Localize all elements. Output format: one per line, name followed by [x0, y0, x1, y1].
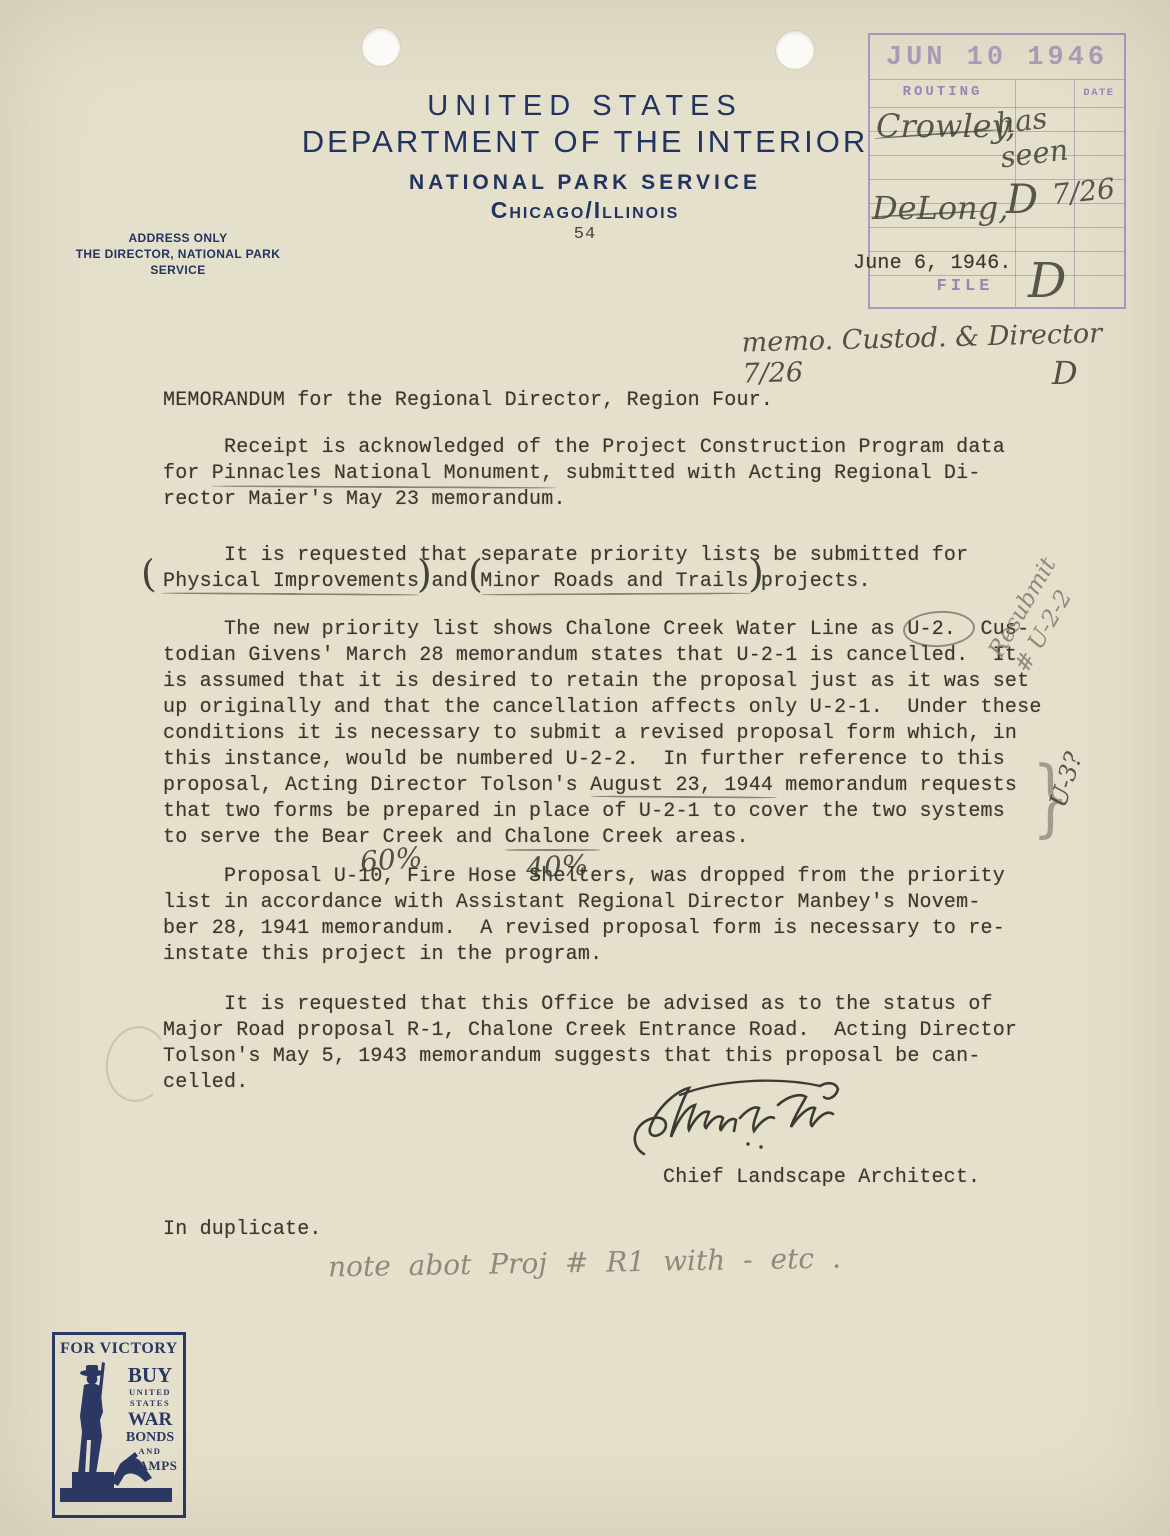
- handwriting-bottom-note: note abot Proj # R1 with - etc .: [328, 1242, 841, 1284]
- body-line: Physical Improvements and Minor Roads an…: [163, 569, 968, 595]
- body-line: Major Road proposal R-1, Chalone Creek E…: [163, 1018, 1017, 1044]
- address-only-line2: THE DIRECTOR, NATIONAL PARK SERVICE: [48, 246, 308, 278]
- handwriting-initial-d: D: [1006, 177, 1038, 223]
- memo-salutation: MEMORANDUM for the Regional Director, Re…: [163, 388, 773, 414]
- handwriting-has-seen: has seen: [994, 92, 1127, 175]
- body-line: is assumed that it is desired to retain …: [163, 669, 1042, 695]
- body-line: conditions it is necessary to submit a r…: [163, 721, 1042, 747]
- underline-minor-roads-trails: [481, 592, 751, 595]
- war-stamp-header: FOR VICTORY: [55, 1340, 183, 1358]
- memo-salutation-line: MEMORANDUM for the Regional Director, Re…: [163, 388, 773, 414]
- war-stamp-buy: BUY: [120, 1364, 180, 1387]
- war-stamp-text-column: BUY UNITED STATES WAR BONDS AND STAMPS: [120, 1364, 180, 1474]
- body-line: ber 28, 1941 memorandum. A revised propo…: [163, 916, 1005, 942]
- paragraph-2: It is requested that separate priority l…: [163, 543, 968, 595]
- body-line: It is requested that separate priority l…: [163, 543, 968, 569]
- body-line: rector Maier's May 23 memorandum.: [163, 487, 1005, 513]
- stamp-routing-header: ROUTING: [870, 84, 1015, 100]
- body-line: to serve the Bear Creek and Chalone Cree…: [163, 825, 1042, 851]
- war-stamp-united: UNITED: [120, 1387, 180, 1398]
- stamp-received-date: JUN 10 1946: [870, 43, 1124, 73]
- stamp-file-label: FILE: [920, 277, 1010, 296]
- handwriting-memo-custod-initial: D: [1052, 354, 1078, 392]
- hole-punch-right: [776, 31, 814, 69]
- handwriting-delong: DeLong,: [872, 189, 1008, 227]
- body-line: It is requested that this Office be advi…: [163, 992, 1017, 1018]
- handwriting-date-726: 7/26: [1050, 172, 1116, 211]
- body-line: instate this project in the program.: [163, 942, 1005, 968]
- handwriting-40-percent: 40%: [525, 848, 589, 884]
- war-stamp-and: AND: [120, 1446, 180, 1457]
- stamp-grid-line: [870, 227, 1124, 228]
- address-only-note: ADDRESS ONLY THE DIRECTOR, NATIONAL PARK…: [48, 230, 308, 278]
- body-line: Receipt is acknowledged of the Project C…: [163, 435, 1005, 461]
- paragraph-1: Receipt is acknowledged of the Project C…: [163, 435, 1005, 513]
- body-line: this instance, would be numbered U-2-2. …: [163, 747, 1042, 773]
- body-line: that two forms be prepared in place of U…: [163, 799, 1042, 825]
- stamp-grid-line: [870, 275, 1124, 276]
- pencil-paren-open-minor: (: [468, 552, 483, 596]
- body-line: up originally and that the cancellation …: [163, 695, 1042, 721]
- body-line: todian Givens' March 28 memorandum state…: [163, 643, 1042, 669]
- war-stamp-states: STATES: [120, 1398, 180, 1409]
- pencil-paren-close-physical: ): [417, 552, 432, 596]
- signature-title: Chief Landscape Architect.: [663, 1166, 980, 1189]
- paragraph-3: The new priority list shows Chalone Cree…: [163, 617, 1042, 851]
- handwriting-file-initial: D: [1028, 253, 1066, 309]
- body-line: for Pinnacles National Monument, submitt…: [163, 461, 1005, 487]
- body-line: Tolson's May 5, 1943 memorandum suggests…: [163, 1044, 1017, 1070]
- paragraph-5: It is requested that this Office be advi…: [163, 992, 1017, 1096]
- body-line: list in accordance with Assistant Region…: [163, 890, 1005, 916]
- war-bonds-stamp: FOR VICTORY BUY UNITED STATES WAR BONDS …: [52, 1332, 186, 1518]
- war-stamp-stamps: STAMPS: [120, 1458, 180, 1474]
- signature-thos-vint: [628, 1074, 878, 1166]
- hole-punch-left: [362, 28, 400, 66]
- handwriting-memo-custod-note: memo. Custod. & Director 7/26: [741, 316, 1170, 389]
- pencil-paren-open-physical: (: [139, 552, 157, 597]
- war-stamp-war: WAR: [120, 1409, 180, 1430]
- war-stamp-bonds: BONDS: [120, 1430, 180, 1446]
- in-duplicate-note: In duplicate.: [163, 1218, 322, 1241]
- typed-date: June 6, 1946.: [853, 252, 1012, 275]
- scanned-memo-page: UNITED STATES DEPARTMENT OF THE INTERIOR…: [0, 0, 1170, 1536]
- pencil-paren-close-minor: ): [748, 552, 765, 597]
- address-only-line1: ADDRESS ONLY: [48, 230, 308, 246]
- handwriting-60-percent: 60%: [359, 840, 424, 878]
- body-line: celled.: [163, 1070, 1017, 1096]
- stamp-grid-line: [870, 79, 1124, 80]
